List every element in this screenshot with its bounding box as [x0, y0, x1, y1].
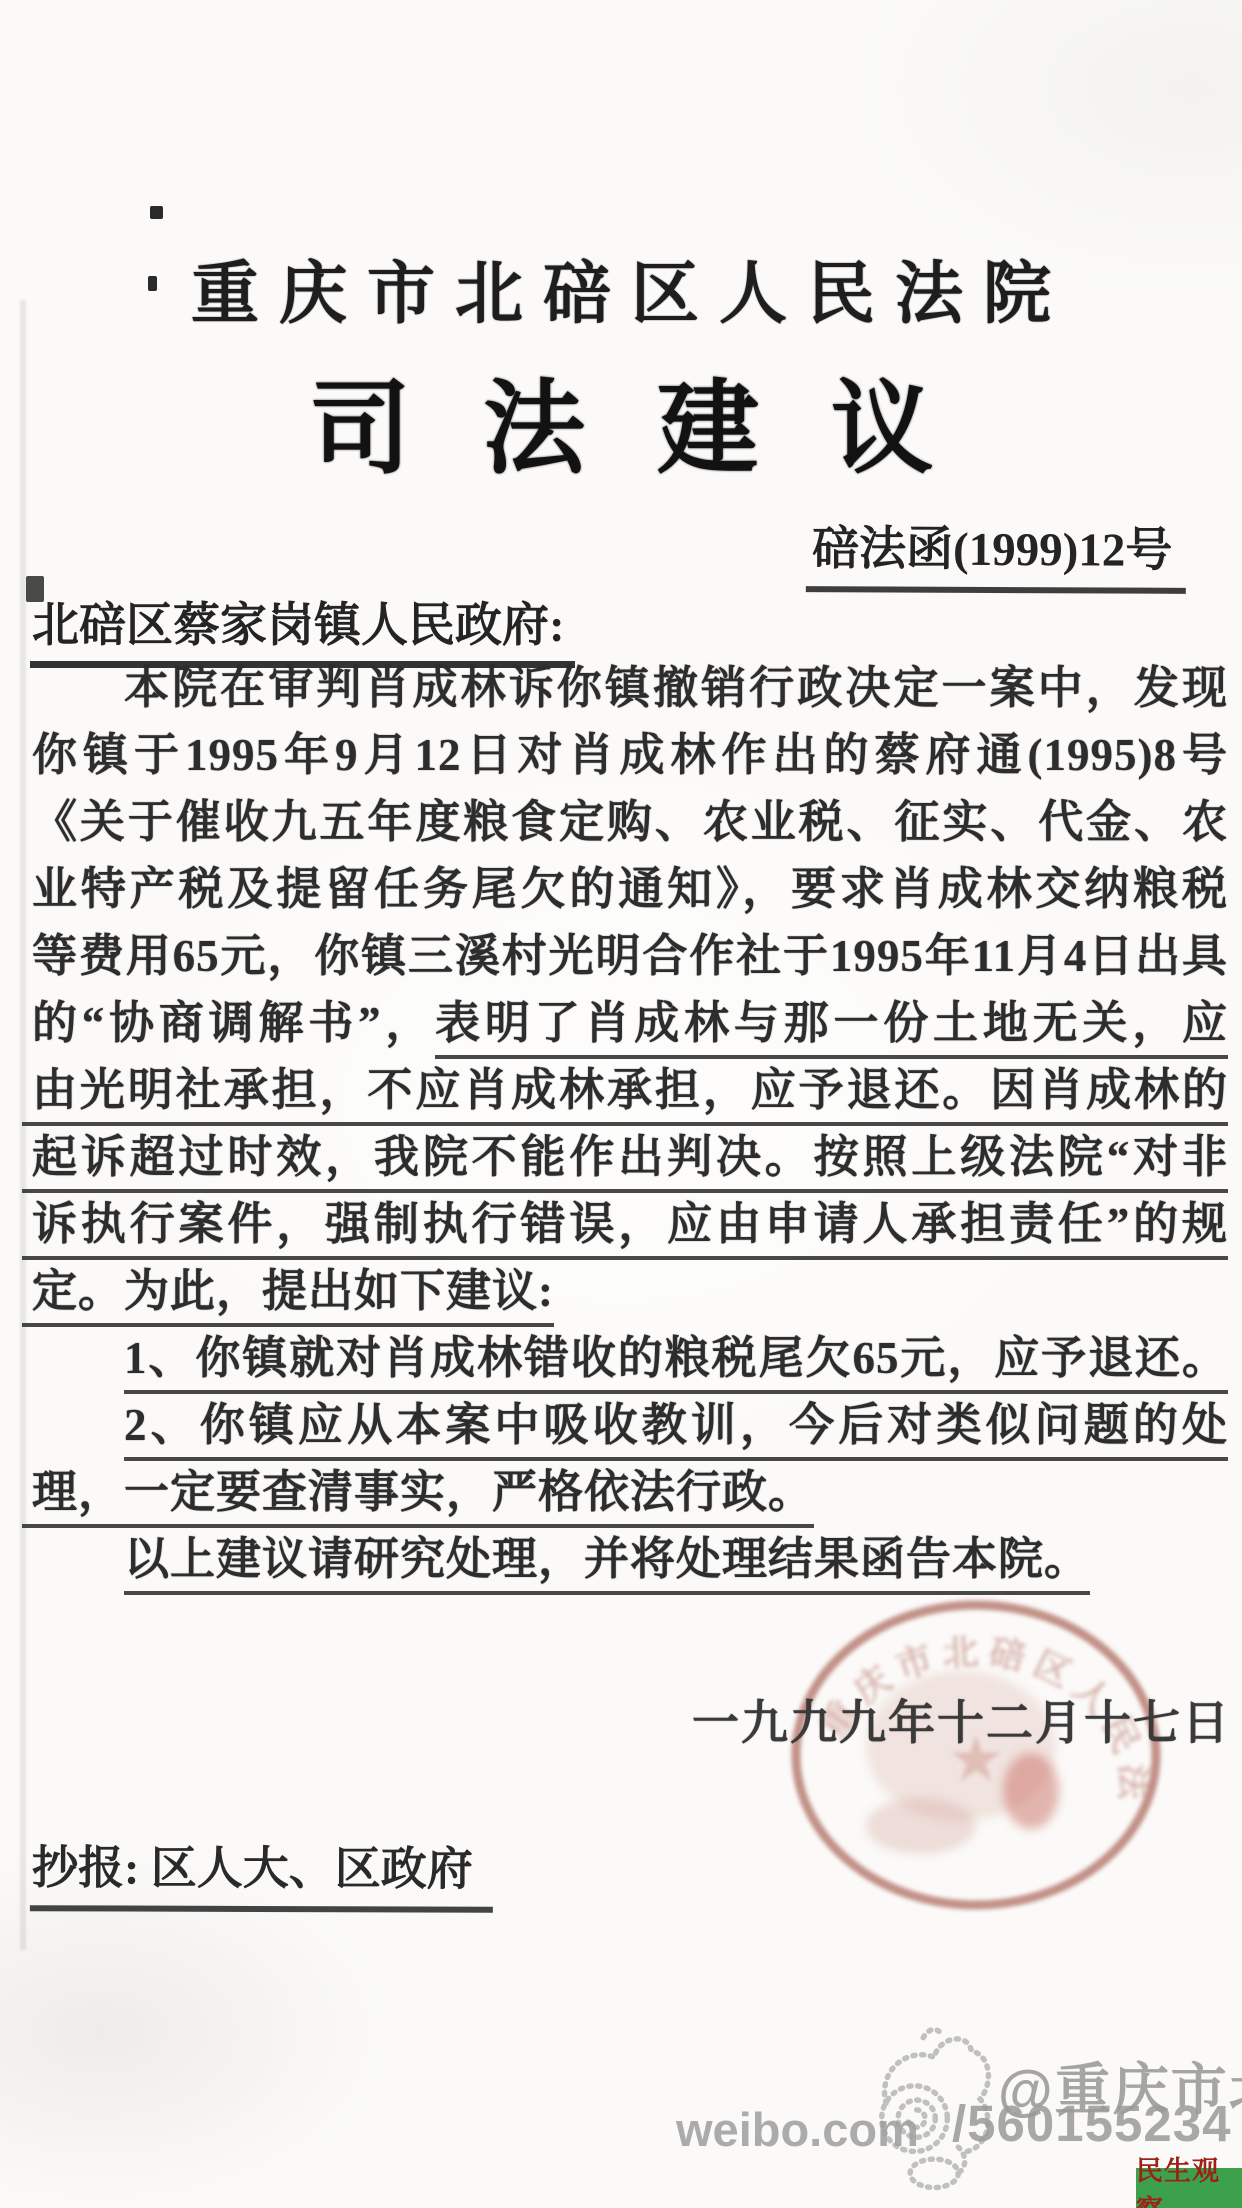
body-line: 以上建议请研究处理，并将处理结果函告本院。	[32, 1531, 1228, 1598]
body-line: 诉执行案件，强制执行错误，应由申请人承担责任”的规	[32, 1196, 1228, 1263]
underlined-text: 由光明社承担，不应肖成林承担，应予退还。因肖成林的	[22, 1065, 1228, 1126]
body-line: 《关于催收九五年度粮食定购、农业税、征实、代金、农	[32, 794, 1228, 861]
plain-text: 的“协商调解书”，	[32, 998, 435, 1048]
court-name: 重庆市北碚区人民法院	[0, 240, 1242, 337]
underlined-text: 定。为此，提出如下建议:	[22, 1266, 554, 1327]
body-line: 本院在审判肖成林诉你镇撤销行政决定一案中，发现	[32, 660, 1228, 727]
watermark-site-url: weibo.com	[676, 2102, 919, 2157]
plain-text: 你镇于1995年9月12日对肖成林作出的蔡府通(1995)8号	[32, 730, 1228, 780]
date-line: 一九九九年十二月十七日	[692, 1686, 1231, 1753]
plain-text: 本院在审判肖成林诉你镇撤销行政决定一案中，发现	[124, 663, 1228, 713]
body-text: 本院在审判肖成林诉你镇撤销行政决定一案中，发现你镇于1995年9月12日对肖成林…	[32, 660, 1228, 1598]
plain-text: 等费用65元，你镇三溪村光明合作社于1995年11月4日出具	[32, 931, 1228, 981]
body-line: 由光明社承担，不应肖成林承担，应予退还。因肖成林的	[32, 1062, 1228, 1129]
watermark-uid-path: /560155234	[952, 2094, 1231, 2153]
body-line: 等费用65元，你镇三溪村光明合作社于1995年11月4日出具	[32, 928, 1228, 995]
body-line: 业特产税及提留任务尾欠的通知》，要求肖成林交纳粮税	[32, 861, 1228, 928]
underlined-text: 表明了肖成林与那一份土地无关，应	[435, 998, 1228, 1059]
document-number-text: 碚法函(1999)12号	[806, 511, 1187, 594]
document-number: 碚法函(1999)12号	[806, 512, 1186, 593]
body-line: 理，一定要查清事实，严格依法行政。	[32, 1464, 1228, 1531]
body-line: 的“协商调解书”，表明了肖成林与那一份土地无关，应	[32, 995, 1228, 1062]
cc-line: 抄报: 区人大、区政府	[30, 1832, 493, 1912]
addressee-line: 北碚区蔡家岗镇人民政府:	[30, 588, 575, 668]
scanned-document-page: 重庆市北碚区人民法院 司法建议 碚法函(1999)12号 北碚区蔡家岗镇人民政府…	[0, 0, 1242, 2208]
body-line: 起诉超过时效，我院不能作出判决。按照上级法院“对非	[32, 1129, 1228, 1196]
underlined-text: 1、你镇就对肖成林错收的粮税尾欠65元，应予退还。	[124, 1333, 1228, 1394]
underlined-text: 2、你镇应从本案中吸收教训，今后对类似问题的处	[124, 1400, 1228, 1461]
minsheng-watch-badge: 民生观察	[1136, 2168, 1242, 2208]
underlined-text: 以上建议请研究处理，并将处理结果函告本院。	[124, 1534, 1090, 1595]
plain-text: 业特产税及提留任务尾欠的通知》，要求肖成林交纳粮税	[32, 864, 1228, 914]
body-line: 你镇于1995年9月12日对肖成林作出的蔡府通(1995)8号	[32, 727, 1228, 794]
underlined-text: 诉执行案件，强制执行错误，应由申请人承担责任”的规	[22, 1199, 1228, 1260]
plain-text: 《关于催收九五年度粮食定购、农业税、征实、代金、农	[32, 797, 1228, 847]
seal-smudge	[1003, 1753, 1059, 1829]
body-line: 1、你镇就对肖成林错收的粮税尾欠65元，应予退还。	[32, 1330, 1228, 1397]
body-line: 定。为此，提出如下建议:	[32, 1263, 1228, 1330]
cc-text: 抄报: 区人大、区政府	[30, 1831, 493, 1913]
document-title: 司法建议	[0, 348, 1242, 494]
seal-smudge	[866, 1798, 976, 1854]
scan-artifact	[150, 206, 163, 219]
official-court-seal: 重庆市北碚区人民法院 ★	[786, 1596, 1166, 1914]
underlined-text: 起诉超过时效，我院不能作出判决。按照上级法院“对非	[22, 1132, 1228, 1193]
body-line: 2、你镇应从本案中吸收教训，今后对类似问题的处	[32, 1397, 1228, 1464]
underlined-text: 理，一定要查清事实，严格依法行政。	[22, 1467, 814, 1528]
addressee-text: 北碚区蔡家岗镇人民政府:	[30, 588, 575, 668]
